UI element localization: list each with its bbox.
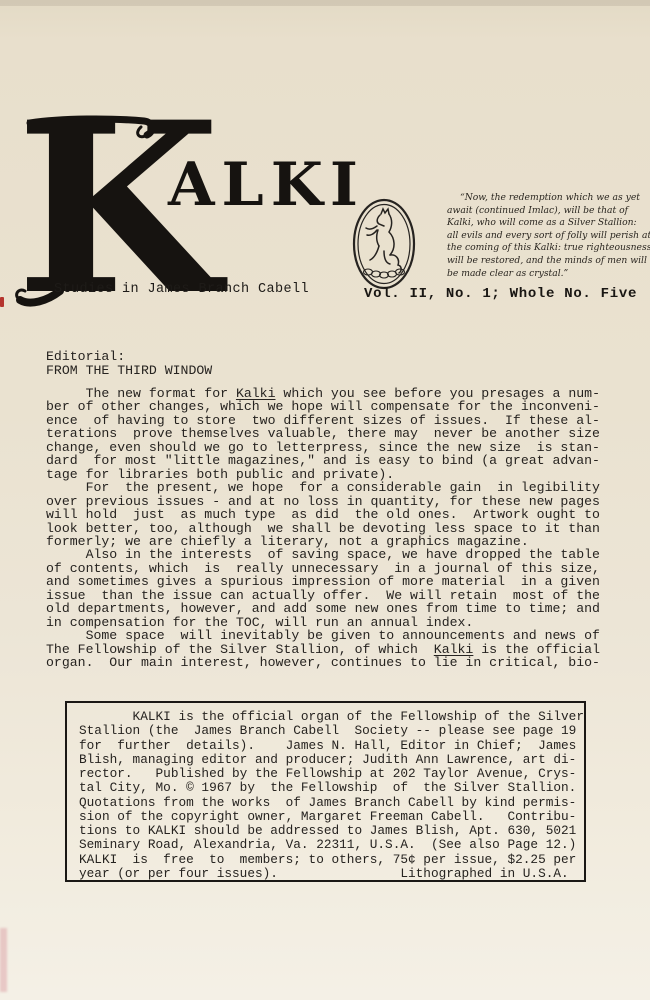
journal-subtitle: Studies in James Branch Cabell	[54, 282, 309, 297]
colophon-box: KALKI is the official organ of the Fello…	[65, 701, 586, 882]
red-margin-mark	[0, 297, 4, 307]
editorial-kicker: Editorial:	[46, 350, 212, 364]
masthead-quote: “Now, the redemption which we as yetawai…	[447, 192, 619, 280]
editorial-title: FROM THE THIRD WINDOW	[46, 364, 212, 378]
issue-number-line: Vol. II, No. 1; Whole No. Five	[364, 286, 637, 302]
pink-margin-smear	[0, 928, 7, 992]
silver-stallion-icon	[340, 194, 428, 294]
editorial-body: The new format for Kalki which you see b…	[46, 387, 600, 670]
logo-letters-alki: ALKI	[168, 155, 365, 215]
journal-page: K ALKI	[0, 0, 650, 1000]
stallion-emblem	[340, 194, 428, 294]
editorial-heading: Editorial: FROM THE THIRD WINDOW	[46, 350, 212, 377]
scan-edge-shade	[0, 0, 650, 6]
